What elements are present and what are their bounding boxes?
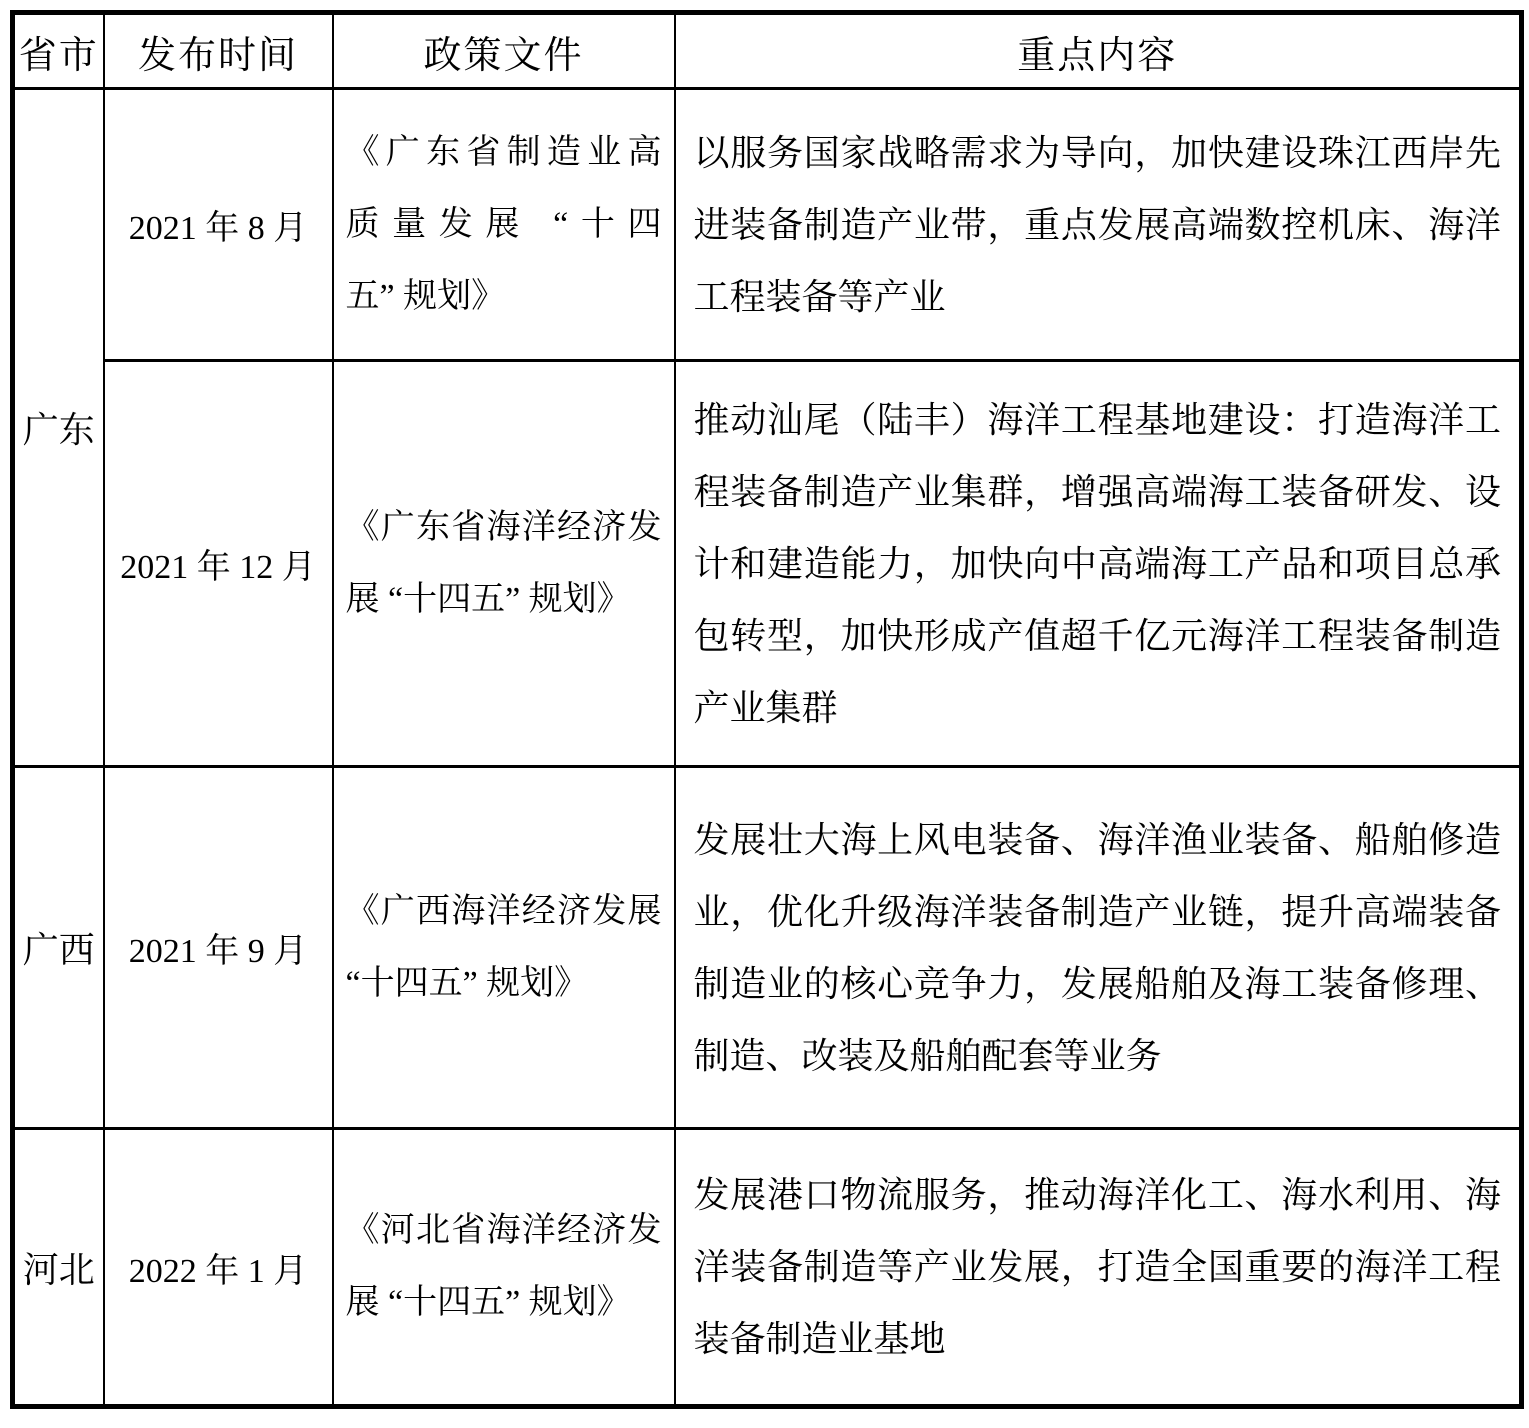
date-cell: 2021 年 8 月 xyxy=(104,89,333,361)
province-cell-guangxi: 广西 xyxy=(13,767,104,1129)
date-cell: 2022 年 1 月 xyxy=(104,1129,333,1407)
province-cell-guangdong: 广东 xyxy=(13,89,104,767)
table-row: 河北 2022 年 1 月 《河北省海洋经济发展 “十四五” 规划》 发展港口物… xyxy=(13,1129,1522,1407)
table-row: 广东 2021 年 8 月 《广东省制造业高质量发展 “十四五” 规划》 以服务… xyxy=(13,89,1522,361)
content-cell: 发展港口物流服务，推动海洋化工、海水利用、海洋装备制造等产业发展，打造全国重要的… xyxy=(675,1129,1522,1407)
policy-cell: 《广东省制造业高质量发展 “十四五” 规划》 xyxy=(333,89,675,361)
policy-title-line: 《广东省制造业高 xyxy=(346,117,662,189)
policy-cell: 《广东省海洋经济发展 “十四五” 规划》 xyxy=(333,361,675,767)
province-cell-hebei: 河北 xyxy=(13,1129,104,1407)
policy-title-line: 五” 规划》 xyxy=(346,261,662,333)
date-cell: 2021 年 12 月 xyxy=(104,361,333,767)
header-cell-date: 发布时间 xyxy=(104,13,333,89)
policy-title-line: “十四五” 规划》 xyxy=(346,948,662,1020)
policy-cell: 《广西海洋经济发展“十四五” 规划》 xyxy=(333,767,675,1129)
policy-title-line: 展 “十四五” 规划》 xyxy=(346,1267,662,1339)
content-cell: 推动汕尾（陆丰）海洋工程基地建设：打造海洋工程装备制造产业集群，增强高端海工装备… xyxy=(675,361,1522,767)
policy-title-line: 《河北省海洋经济发 xyxy=(346,1195,662,1267)
header-cell-policy: 政策文件 xyxy=(333,13,675,89)
content-cell: 发展壮大海上风电装备、海洋渔业装备、船舶修造业，优化升级海洋装备制造产业链，提升… xyxy=(675,767,1522,1129)
policy-title-line: 《广东省海洋经济发 xyxy=(346,492,662,564)
date-cell: 2021 年 9 月 xyxy=(104,767,333,1129)
table-row: 2021 年 12 月 《广东省海洋经济发展 “十四五” 规划》 推动汕尾（陆丰… xyxy=(13,361,1522,767)
policy-cell: 《河北省海洋经济发展 “十四五” 规划》 xyxy=(333,1129,675,1407)
content-cell: 以服务国家战略需求为导向，加快建设珠江西岸先进装备制造产业带，重点发展高端数控机… xyxy=(675,89,1522,361)
policy-table: 省市 发布时间 政策文件 重点内容 广东 2021 年 8 月 《广东省制造业高… xyxy=(10,10,1524,1409)
table-row: 广西 2021 年 9 月 《广西海洋经济发展“十四五” 规划》 发展壮大海上风… xyxy=(13,767,1522,1129)
policy-title-line: 展 “十四五” 规划》 xyxy=(346,564,662,636)
header-cell-content: 重点内容 xyxy=(675,13,1522,89)
policy-title-line: 质量发展 “十四 xyxy=(346,189,662,261)
table-header-row: 省市 发布时间 政策文件 重点内容 xyxy=(13,13,1522,89)
header-cell-province: 省市 xyxy=(13,13,104,89)
policy-title-line: 《广西海洋经济发展 xyxy=(346,876,662,948)
